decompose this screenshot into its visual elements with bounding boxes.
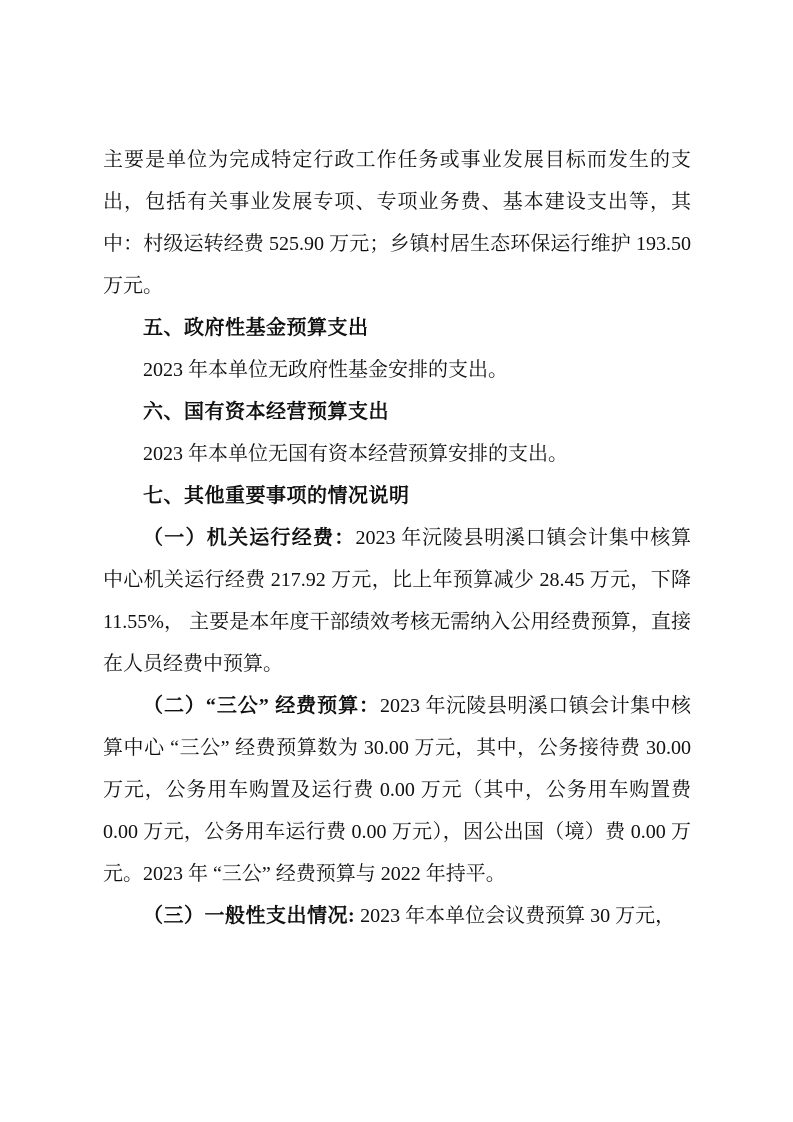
paragraph-text: 2023 年本单位会议费预算 30 万元， <box>355 905 675 927</box>
paragraph-text: 2023 年沅陵县明溪口镇会计集中核算中心 “三公” 经费预算数为 30.00 … <box>103 695 691 885</box>
paragraph: 2023 年本单位无国有资本经营预算安排的支出。 <box>103 433 691 475</box>
section-heading: 七、其他重要事项的情况说明 <box>103 475 691 517</box>
paragraph-text: 2023 年本单位无政府性基金安排的支出。 <box>143 359 508 381</box>
paragraph: （一）机关运行经费：2023 年沅陵县明溪口镇会计集中核算中心机关运行经费 21… <box>103 517 691 685</box>
heading-text: 七、其他重要事项的情况说明 <box>143 485 410 507</box>
paragraph: 主要是单位为完成特定行政工作任务或事业发展目标而发生的支出，包括有关事业发展专项… <box>103 139 691 307</box>
paragraph-text: 主要是单位为完成特定行政工作任务或事业发展目标而发生的支出，包括有关事业发展专项… <box>103 149 691 297</box>
paragraph: （二）“三公” 经费预算：2023 年沅陵县明溪口镇会计集中核算中心 “三公” … <box>103 685 691 895</box>
document-body: 主要是单位为完成特定行政工作任务或事业发展目标而发生的支出，包括有关事业发展专项… <box>103 139 691 937</box>
heading-text: 五、政府性基金预算支出 <box>143 317 369 339</box>
paragraph-lead: （二）“三公” 经费预算： <box>143 695 380 717</box>
section-heading: 六、国有资本经营预算支出 <box>103 391 691 433</box>
document-page: 主要是单位为完成特定行政工作任务或事业发展目标而发生的支出，包括有关事业发展专项… <box>0 0 793 1122</box>
paragraph-lead: （一）机关运行经费： <box>143 527 356 549</box>
paragraph-lead: （三）一般性支出情况: <box>143 905 355 927</box>
section-heading: 五、政府性基金预算支出 <box>103 307 691 349</box>
paragraph: （三）一般性支出情况: 2023 年本单位会议费预算 30 万元， <box>103 895 691 937</box>
heading-text: 六、国有资本经营预算支出 <box>143 401 389 423</box>
paragraph: 2023 年本单位无政府性基金安排的支出。 <box>103 349 691 391</box>
paragraph-text: 2023 年沅陵县明溪口镇会计集中核算中心机关运行经费 217.92 万元，比上… <box>103 527 691 675</box>
paragraph-text: 2023 年本单位无国有资本经营预算安排的支出。 <box>143 443 568 465</box>
